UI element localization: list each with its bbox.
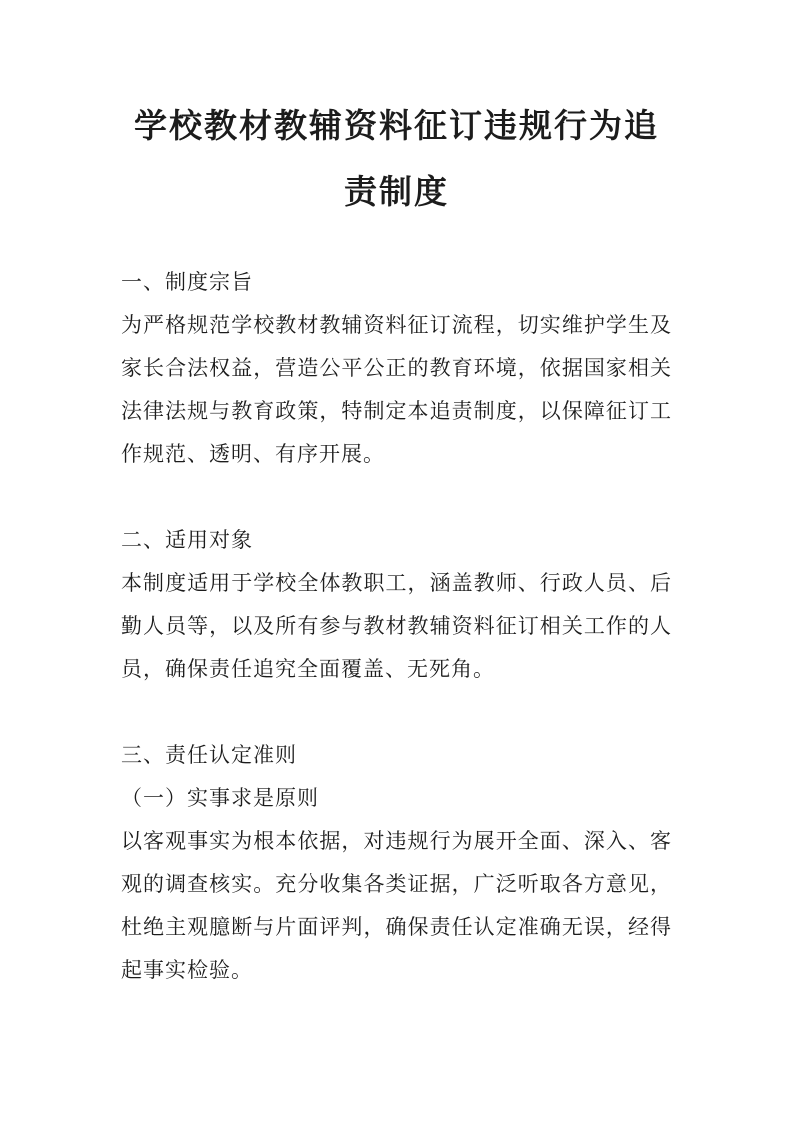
section-scope-paragraph: 本制度适用于学校全体教职工，涵盖教师、行政人员、后勤人员等，以及所有参与教材教辅… (121, 562, 672, 691)
document-title: 学校教材教辅资料征订违规行为追 责制度 (121, 94, 672, 226)
section-scope: 二、适用对象 本制度适用于学校全体教职工，涵盖教师、行政人员、后勤人员等，以及所… (121, 519, 672, 691)
document-title-line-1: 学校教材教辅资料征订违规行为追 (121, 94, 672, 160)
document-page: 学校教材教辅资料征订违规行为追 责制度 一、制度宗旨 为严格规范学校教材教辅资料… (0, 0, 793, 1122)
document-body: 一、制度宗旨 为严格规范学校教材教辅资料征订流程，切实维护学生及家长合法权益，营… (121, 261, 672, 992)
section-criteria: 三、责任认定准则 （一）实事求是原则 以客观事实为根本依据，对违规行为展开全面、… (121, 734, 672, 992)
document-title-line-2: 责制度 (121, 160, 672, 226)
section-purpose-paragraph: 为严格规范学校教材教辅资料征订流程，切实维护学生及家长合法权益，营造公平公正的教… (121, 304, 672, 476)
section-criteria-paragraph: 以客观事实为根本依据，对违规行为展开全面、深入、客观的调查核实。充分收集各类证据… (121, 820, 672, 992)
section-scope-heading: 二、适用对象 (121, 519, 672, 562)
section-purpose-heading: 一、制度宗旨 (121, 261, 672, 304)
section-purpose: 一、制度宗旨 为严格规范学校教材教辅资料征订流程，切实维护学生及家长合法权益，营… (121, 261, 672, 476)
section-criteria-heading: 三、责任认定准则 (121, 734, 672, 777)
section-criteria-subheading: （一）实事求是原则 (121, 777, 672, 820)
